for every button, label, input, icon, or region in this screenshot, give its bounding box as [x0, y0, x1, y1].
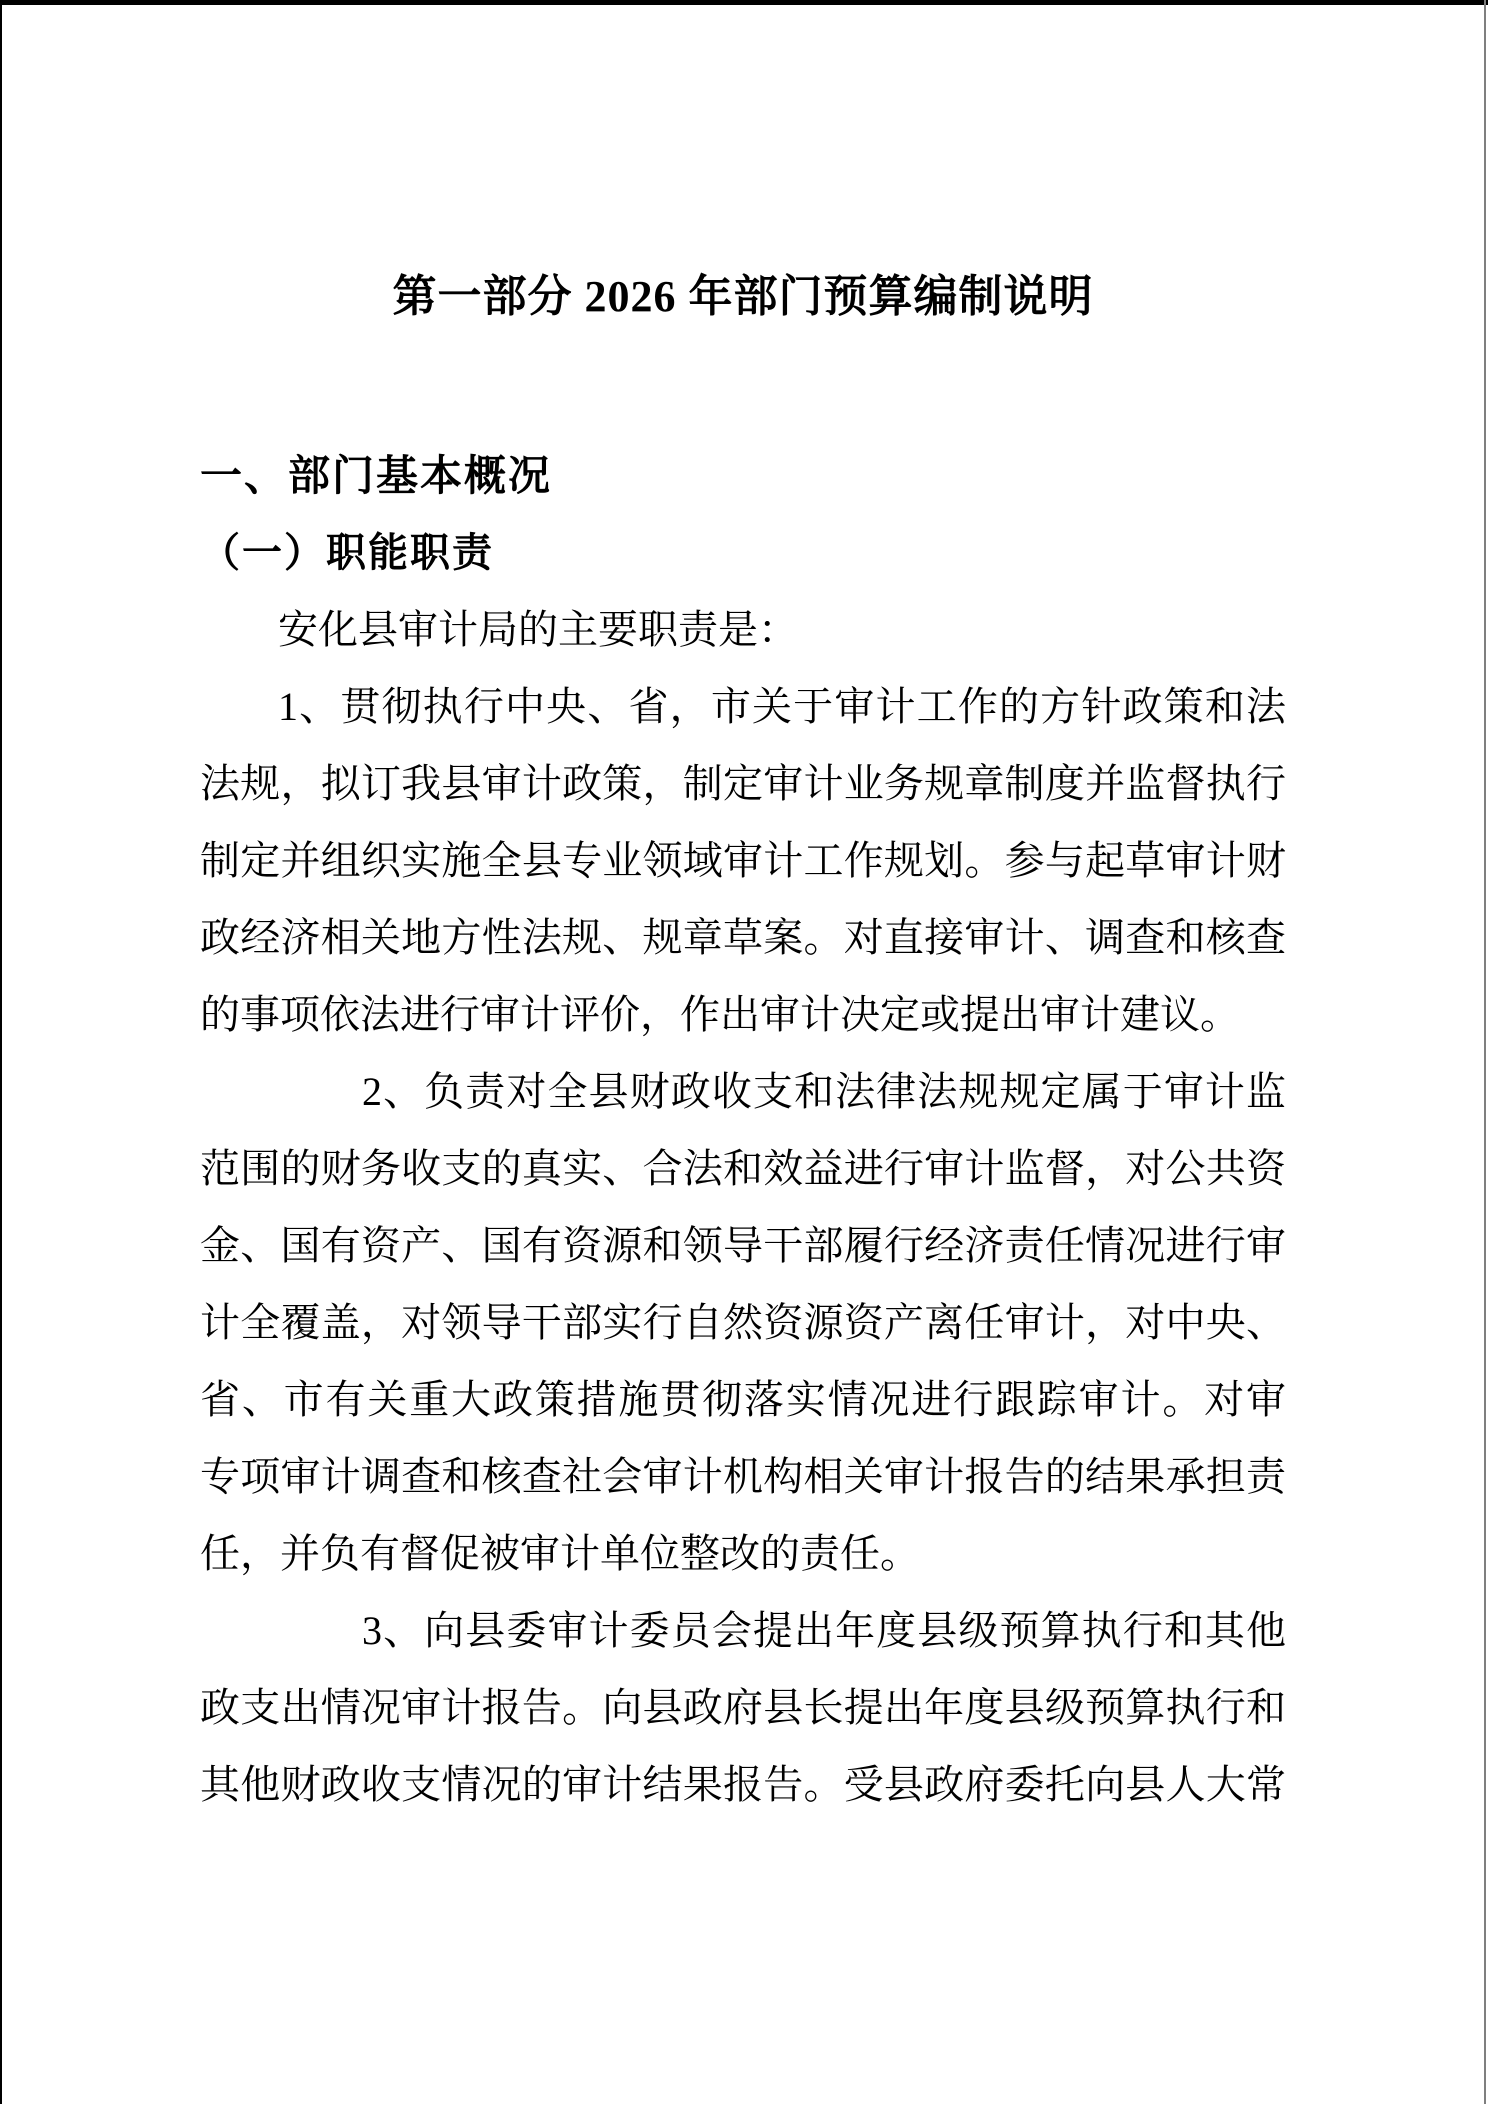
- page-title: 第一部分 2026 年部门预算编制说明: [200, 258, 1286, 335]
- document-line: 省、市有关重大政策措施贯彻落实情况进行跟踪审计。对审计、: [200, 1361, 1286, 1438]
- document-line: 制定并组织实施全县专业领域审计工作规划。参与起草审计财: [200, 822, 1286, 899]
- document-body: 一、部门基本概况（一）职能职责安化县审计局的主要职责是：1、贯彻执行中央、省，市…: [200, 437, 1286, 1823]
- document-line: 法规，拟订我县审计政策，制定审计业务规章制度并监督执行: [200, 745, 1286, 822]
- document-line: 的事项依法进行审计评价，作出审计决定或提出审计建议。: [200, 976, 1286, 1053]
- page-left-edge: [0, 0, 2, 2104]
- document-line: 专项审计调查和核查社会审计机构相关审计报告的结果承担责: [200, 1438, 1286, 1515]
- document-line: 政经济相关地方性法规、规章草案。对直接审计、调查和核查: [200, 899, 1286, 976]
- section-heading: 一、部门基本概况: [200, 437, 1286, 514]
- document-line: 其他财政收支情况的审计结果报告。受县政府委托向县人大常: [200, 1746, 1286, 1823]
- subsection-heading: （一）职能职责: [200, 514, 1286, 591]
- document-line: 金、国有资产、国有资源和领导干部履行经济责任情况进行审: [200, 1207, 1286, 1284]
- page-right-edge: [1484, 0, 1486, 2104]
- page-top-edge: [0, 0, 1488, 5]
- document-line: 范围的财务收支的真实、合法和效益进行审计监督，对公共资: [200, 1130, 1286, 1207]
- document-line: 计全覆盖，对领导干部实行自然资源资产离任审计，对中央、: [200, 1284, 1286, 1361]
- document-line: 1、贯彻执行中央、省，市关于审计工作的方针政策和法律: [200, 668, 1286, 745]
- document-line: 安化县审计局的主要职责是：: [200, 591, 1286, 668]
- document-line: 2、负责对全县财政收支和法律法规规定属于审计监督: [200, 1053, 1286, 1130]
- document-line: 3、向县委审计委员会提出年度县级预算执行和其他财: [200, 1592, 1286, 1669]
- document-line: 任，并负有督促被审计单位整改的责任。: [200, 1515, 1286, 1592]
- document-line: 政支出情况审计报告。向县政府县长提出年度县级预算执行和: [200, 1669, 1286, 1746]
- document-page: 第一部分 2026 年部门预算编制说明 一、部门基本概况（一）职能职责安化县审计…: [0, 0, 1488, 2104]
